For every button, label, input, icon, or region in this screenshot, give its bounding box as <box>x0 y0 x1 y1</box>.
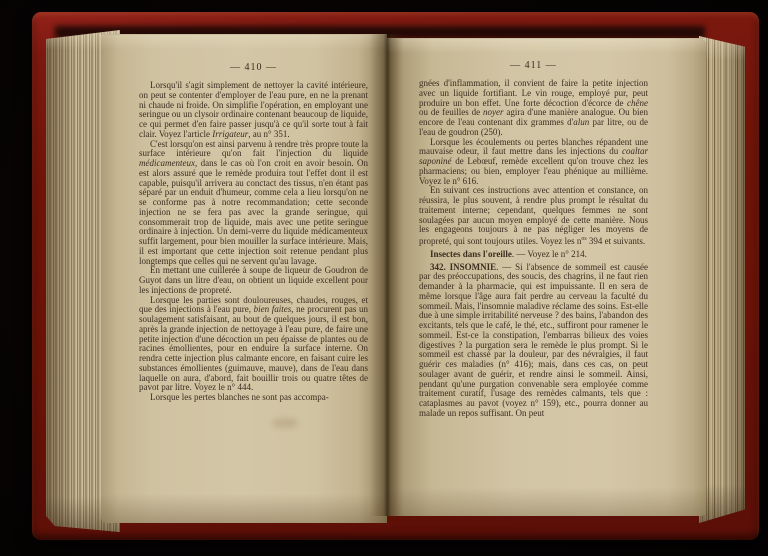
paragraph: Lorsqu'il s'agit simplement de nettoyer … <box>139 81 368 140</box>
right-page-body: gnées d'inflammation, il convient de fai… <box>419 79 648 419</box>
paragraph: C'est lorsqu'on est ainsi parvenu à rend… <box>139 140 368 267</box>
page-number-left: — 410 — <box>139 62 368 73</box>
left-page-text: — 410 — Lorsqu'il s'agit simplement de n… <box>139 62 368 403</box>
paragraph: Lorsque les écoulements ou pertes blanch… <box>419 138 648 187</box>
left-page-body: Lorsqu'il s'agit simplement de nettoyer … <box>139 81 368 403</box>
stain <box>272 418 298 428</box>
paragraph: En suivant ces instructions avec attenti… <box>419 186 648 247</box>
paragraph: Insectes dans l'oreille. — Voyez le n° 2… <box>419 250 648 260</box>
paragraph: Lorsque les pertes blanches ne sont pas … <box>139 393 368 403</box>
right-page-text: — 411 — gnées d'inflammation, il convien… <box>419 60 648 419</box>
paragraph: En mettant une cuillerée à soupe de liqu… <box>139 266 368 295</box>
photo-background: — 410 — Lorsqu'il s'agit simplement de n… <box>0 0 768 556</box>
paragraph: 342. INSOMNIE. — Si l'absence de sommeil… <box>419 263 648 419</box>
paragraph: Lorsque les parties sont douloureuses, c… <box>139 296 368 394</box>
paragraph: gnées d'inflammation, il convient de fai… <box>419 79 648 138</box>
page-number-right: — 411 — <box>419 60 648 71</box>
